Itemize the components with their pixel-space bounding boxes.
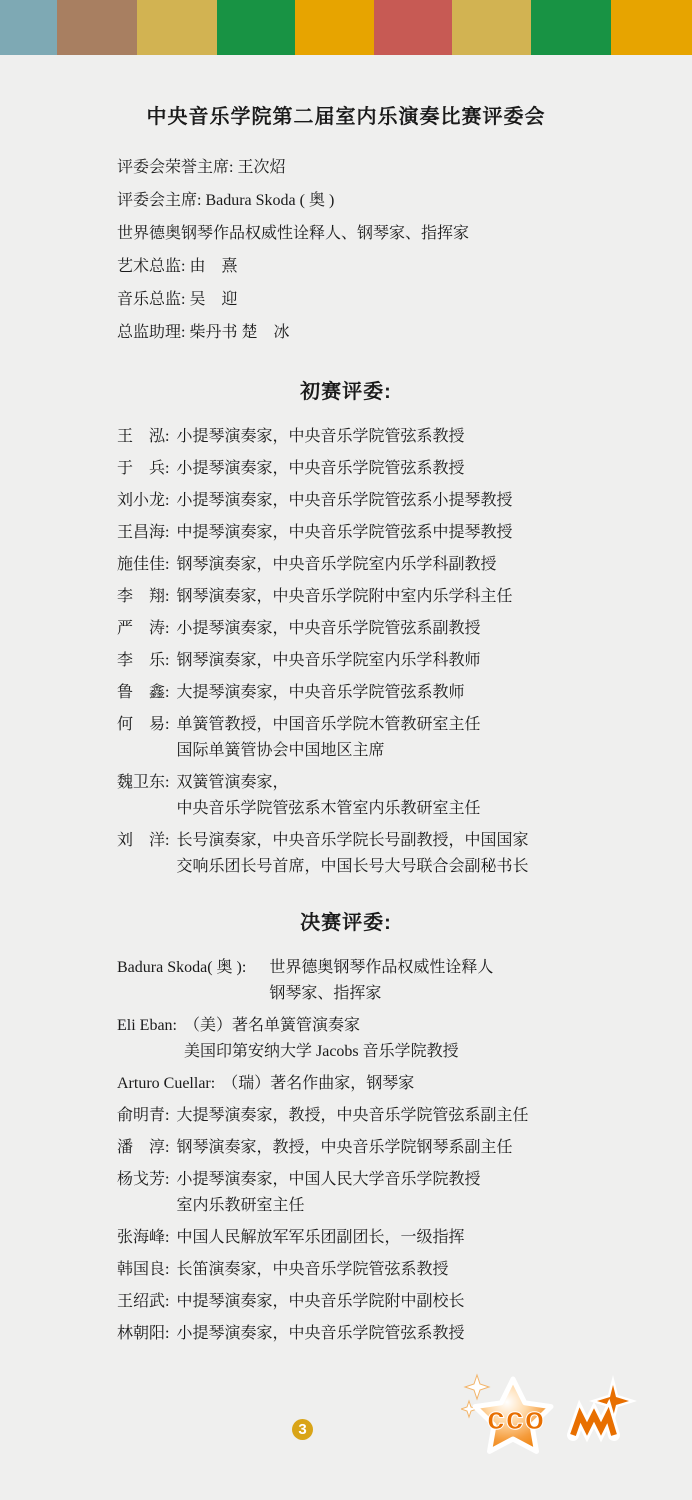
jury-row: 施佳佳:钢琴演奏家，中央音乐学院室内乐学科副教授: [117, 552, 656, 578]
jury-row: 于 兵:小提琴演奏家，中央音乐学院管弦系教授: [117, 456, 656, 482]
officials-list: 评委会荣誉主席: 王次炤评委会主席: Badura Skoda ( 奥 )世界德…: [117, 151, 652, 349]
jury-name: 严 涛:: [117, 616, 169, 642]
jury-row: 潘 淳:钢琴演奏家，教授，中央音乐学院钢琴系副主任: [117, 1135, 656, 1161]
jury-name: 鲁 鑫:: [117, 680, 169, 706]
jury-description-line: 小提琴演奏家，中央音乐学院管弦系教授: [176, 1321, 656, 1347]
band-stripe-green: [217, 0, 295, 55]
jury-row: 刘小龙:小提琴演奏家，中央音乐学院管弦系小提琴教授: [117, 488, 656, 514]
jury-description: 小提琴演奏家，中国人民大学音乐学院教授室内乐教研室主任: [176, 1167, 656, 1219]
official-line: 音乐总监: 吴 迎: [117, 283, 652, 316]
jury-row: 王绍武:中提琴演奏家，中央音乐学院附中副校长: [117, 1289, 656, 1315]
jury-description-line: 钢琴演奏家，中央音乐学院室内乐学科教师: [176, 648, 656, 674]
official-line: 评委会主席: Badura Skoda ( 奥 ): [117, 184, 652, 217]
band-stripe-khaki: [452, 0, 531, 55]
jury-name: 刘 洋:: [117, 828, 169, 854]
jury-name: Arturo Cuellar:: [117, 1071, 215, 1097]
jury-name: 于 兵:: [117, 456, 169, 482]
page-number-badge: 3: [292, 1419, 313, 1440]
jury-description: 小提琴演奏家，中央音乐学院管弦系小提琴教授: [176, 488, 656, 514]
jury-description: 单簧管教授，中国音乐学院木管教研室主任国际单簧管协会中国地区主席: [176, 712, 656, 764]
jury-description: （美）著名单簧管演奏家美国印第安纳大学 Jacobs 音乐学院教授: [184, 1013, 656, 1065]
jury-description-line: （瑞）著名作曲家，钢琴家: [222, 1071, 656, 1097]
jury-description-line: 中央音乐学院管弦系木管室内乐教研室主任: [176, 796, 656, 822]
section-heading: 初赛评委:: [60, 375, 632, 404]
jury-description: （瑞）著名作曲家，钢琴家: [222, 1071, 656, 1097]
jury-description-line: （美）著名单簧管演奏家: [184, 1013, 656, 1039]
jury-description-line: 交响乐团长号首席，中国长号大号联合会副秘书长: [176, 854, 656, 880]
ccom-logo-graphic: cco: [461, 1371, 637, 1457]
jury-description: 小提琴演奏家，中央音乐学院管弦系教授: [176, 456, 656, 482]
jury-row: 韩国良:长笛演奏家，中央音乐学院管弦系教授: [117, 1257, 656, 1283]
jury-row: 林朝阳:小提琴演奏家，中央音乐学院管弦系教授: [117, 1321, 656, 1347]
jury-description: 中国人民解放军军乐团副团长，一级指挥: [176, 1225, 656, 1251]
jury-name: 王 泓:: [117, 424, 169, 450]
jury-description: 大提琴演奏家，中央音乐学院管弦系教师: [176, 680, 656, 706]
jury-row: 严 涛:小提琴演奏家，中央音乐学院管弦系副教授: [117, 616, 656, 642]
jury-description: 钢琴演奏家，中央音乐学院室内乐学科副教授: [176, 552, 656, 578]
band-stripe-khaki: [137, 0, 217, 55]
page-title: 中央音乐学院第二届室内乐演奏比赛评委会: [50, 100, 642, 129]
jury-name: 王绍武:: [117, 1289, 169, 1315]
jury-row: 王 泓:小提琴演奏家，中央音乐学院管弦系教授: [117, 424, 656, 450]
jury-name: 张海峰:: [117, 1225, 169, 1251]
jury-name: Badura Skoda( 奥 ):: [117, 955, 246, 981]
official-line: 评委会荣誉主席: 王次炤: [117, 151, 652, 184]
jury-name: 王昌海:: [117, 520, 169, 546]
jury-name: 林朝阳:: [117, 1321, 169, 1347]
band-stripe-red: [374, 0, 452, 55]
jury-description-line: 小提琴演奏家，中国人民大学音乐学院教授: [176, 1167, 656, 1193]
ccom-logo-text: cco: [487, 1400, 545, 1436]
band-stripe-amber: [295, 0, 374, 55]
top-color-band: [0, 0, 692, 55]
jury-description: 钢琴演奏家，中央音乐学院室内乐学科教师: [176, 648, 656, 674]
jury-row: 俞明青:大提琴演奏家，教授，中央音乐学院管弦系副主任: [117, 1103, 656, 1129]
jury-row: 鲁 鑫:大提琴演奏家，中央音乐学院管弦系教师: [117, 680, 656, 706]
jury-description-line: 中提琴演奏家，中央音乐学院管弦系中提琴教授: [176, 520, 656, 546]
program-page: 中央音乐学院第二届室内乐演奏比赛评委会 评委会荣誉主席: 王次炤评委会主席: B…: [0, 0, 692, 1347]
jury-description: 钢琴演奏家，教授，中央音乐学院钢琴系副主任: [176, 1135, 656, 1161]
jury-description: 长笛演奏家，中央音乐学院管弦系教授: [176, 1257, 656, 1283]
official-line: 总监助理: 柴丹书 楚 冰: [117, 316, 652, 349]
jury-description-line: 单簧管教授，中国音乐学院木管教研室主任: [176, 712, 656, 738]
jury-description-line: 小提琴演奏家，中央音乐学院管弦系教授: [176, 424, 656, 450]
jury-description: 世界德奥钢琴作品权威性诠释人 钢琴家、指挥家: [253, 955, 656, 1007]
jury-sections: 初赛评委:王 泓:小提琴演奏家，中央音乐学院管弦系教授于 兵:小提琴演奏家，中央…: [0, 375, 692, 1347]
jury-description: 钢琴演奏家，中央音乐学院附中室内乐学科主任: [176, 584, 656, 610]
jury-row: 杨戈芳:小提琴演奏家，中国人民大学音乐学院教授室内乐教研室主任: [117, 1167, 656, 1219]
official-line: 艺术总监: 由 熹: [117, 250, 652, 283]
band-stripe-teal: [0, 0, 57, 55]
jury-row: 李 乐:钢琴演奏家，中央音乐学院室内乐学科教师: [117, 648, 656, 674]
jury-row: Arturo Cuellar:（瑞）著名作曲家，钢琴家: [117, 1071, 656, 1097]
jury-description-line: 小提琴演奏家，中央音乐学院管弦系副教授: [176, 616, 656, 642]
band-stripe-brown: [57, 0, 137, 55]
jury-description: 小提琴演奏家，中央音乐学院管弦系教授: [176, 424, 656, 450]
section-heading: 决赛评委:: [60, 906, 632, 935]
jury-name: 施佳佳:: [117, 552, 169, 578]
jury-row: 李 翔:钢琴演奏家，中央音乐学院附中室内乐学科主任: [117, 584, 656, 610]
jury-description: 大提琴演奏家，教授，中央音乐学院管弦系副主任: [176, 1103, 656, 1129]
logo-letter-m: [573, 1415, 614, 1435]
jury-description-line: 钢琴演奏家，中央音乐学院室内乐学科副教授: [176, 552, 656, 578]
jury-name: 魏卫东:: [117, 770, 169, 796]
jury-row: Badura Skoda( 奥 ): 世界德奥钢琴作品权威性诠释人 钢琴家、指挥…: [117, 955, 656, 1007]
jury-description: 小提琴演奏家，中央音乐学院管弦系教授: [176, 1321, 656, 1347]
jury-name: 何 易:: [117, 712, 169, 738]
jury-description-line: 中提琴演奏家，中央音乐学院附中副校长: [176, 1289, 656, 1315]
jury-row: 何 易:单簧管教授，中国音乐学院木管教研室主任国际单簧管协会中国地区主席: [117, 712, 656, 764]
jury-description: 双簧管演奏家，中央音乐学院管弦系木管室内乐教研室主任: [176, 770, 656, 822]
jury-name: 潘 淳:: [117, 1135, 169, 1161]
jury-row: 王昌海:中提琴演奏家，中央音乐学院管弦系中提琴教授: [117, 520, 656, 546]
jury-description-line: 长笛演奏家，中央音乐学院管弦系教授: [176, 1257, 656, 1283]
jury-description-line: 美国印第安纳大学 Jacobs 音乐学院教授: [184, 1039, 656, 1065]
jury-description: 中提琴演奏家，中央音乐学院管弦系中提琴教授: [176, 520, 656, 546]
jury-name: 韩国良:: [117, 1257, 169, 1283]
jury-name: 俞明青:: [117, 1103, 169, 1129]
jury-row: 张海峰:中国人民解放军军乐团副团长，一级指挥: [117, 1225, 656, 1251]
jury-description-line: 中国人民解放军军乐团副团长，一级指挥: [176, 1225, 656, 1251]
jury-description-line: 长号演奏家，中央音乐学院长号副教授，中国国家: [176, 828, 656, 854]
jury-description-line: 钢琴家、指挥家: [253, 981, 656, 1007]
jury-name: 杨戈芳:: [117, 1167, 169, 1193]
jury-description: 中提琴演奏家，中央音乐学院附中副校长: [176, 1289, 656, 1315]
jury-row: Eli Eban:（美）著名单簧管演奏家美国印第安纳大学 Jacobs 音乐学院…: [117, 1013, 656, 1065]
jury-list: 王 泓:小提琴演奏家，中央音乐学院管弦系教授于 兵:小提琴演奏家，中央音乐学院管…: [117, 424, 656, 880]
band-stripe-amber: [611, 0, 692, 55]
jury-name: 李 乐:: [117, 648, 169, 674]
jury-description-line: 小提琴演奏家，中央音乐学院管弦系教授: [176, 456, 656, 482]
jury-name: 李 翔:: [117, 584, 169, 610]
jury-row: 刘 洋:长号演奏家，中央音乐学院长号副教授，中国国家交响乐团长号首席，中国长号大…: [117, 828, 656, 880]
ccom-logo: cco: [461, 1371, 637, 1457]
jury-description-line: 双簧管演奏家，: [176, 770, 656, 796]
band-stripe-green: [531, 0, 611, 55]
jury-description-line: 钢琴演奏家，中央音乐学院附中室内乐学科主任: [176, 584, 656, 610]
jury-row: 魏卫东:双簧管演奏家，中央音乐学院管弦系木管室内乐教研室主任: [117, 770, 656, 822]
jury-description-line: 大提琴演奏家，教授，中央音乐学院管弦系副主任: [176, 1103, 656, 1129]
jury-description-line: 室内乐教研室主任: [176, 1193, 656, 1219]
jury-description: 长号演奏家，中央音乐学院长号副教授，中国国家交响乐团长号首席，中国长号大号联合会…: [176, 828, 656, 880]
jury-description-line: 国际单簧管协会中国地区主席: [176, 738, 656, 764]
jury-description-line: 小提琴演奏家，中央音乐学院管弦系小提琴教授: [176, 488, 656, 514]
jury-list: Badura Skoda( 奥 ): 世界德奥钢琴作品权威性诠释人 钢琴家、指挥…: [117, 955, 656, 1347]
jury-name: 刘小龙:: [117, 488, 169, 514]
jury-description-line: 钢琴演奏家，教授，中央音乐学院钢琴系副主任: [176, 1135, 656, 1161]
jury-description-line: 世界德奥钢琴作品权威性诠释人: [253, 955, 656, 981]
jury-name: Eli Eban:: [117, 1013, 177, 1039]
jury-description-line: 大提琴演奏家，中央音乐学院管弦系教师: [176, 680, 656, 706]
official-line: 世界德奥钢琴作品权威性诠释人、钢琴家、指挥家: [117, 217, 652, 250]
jury-description: 小提琴演奏家，中央音乐学院管弦系副教授: [176, 616, 656, 642]
